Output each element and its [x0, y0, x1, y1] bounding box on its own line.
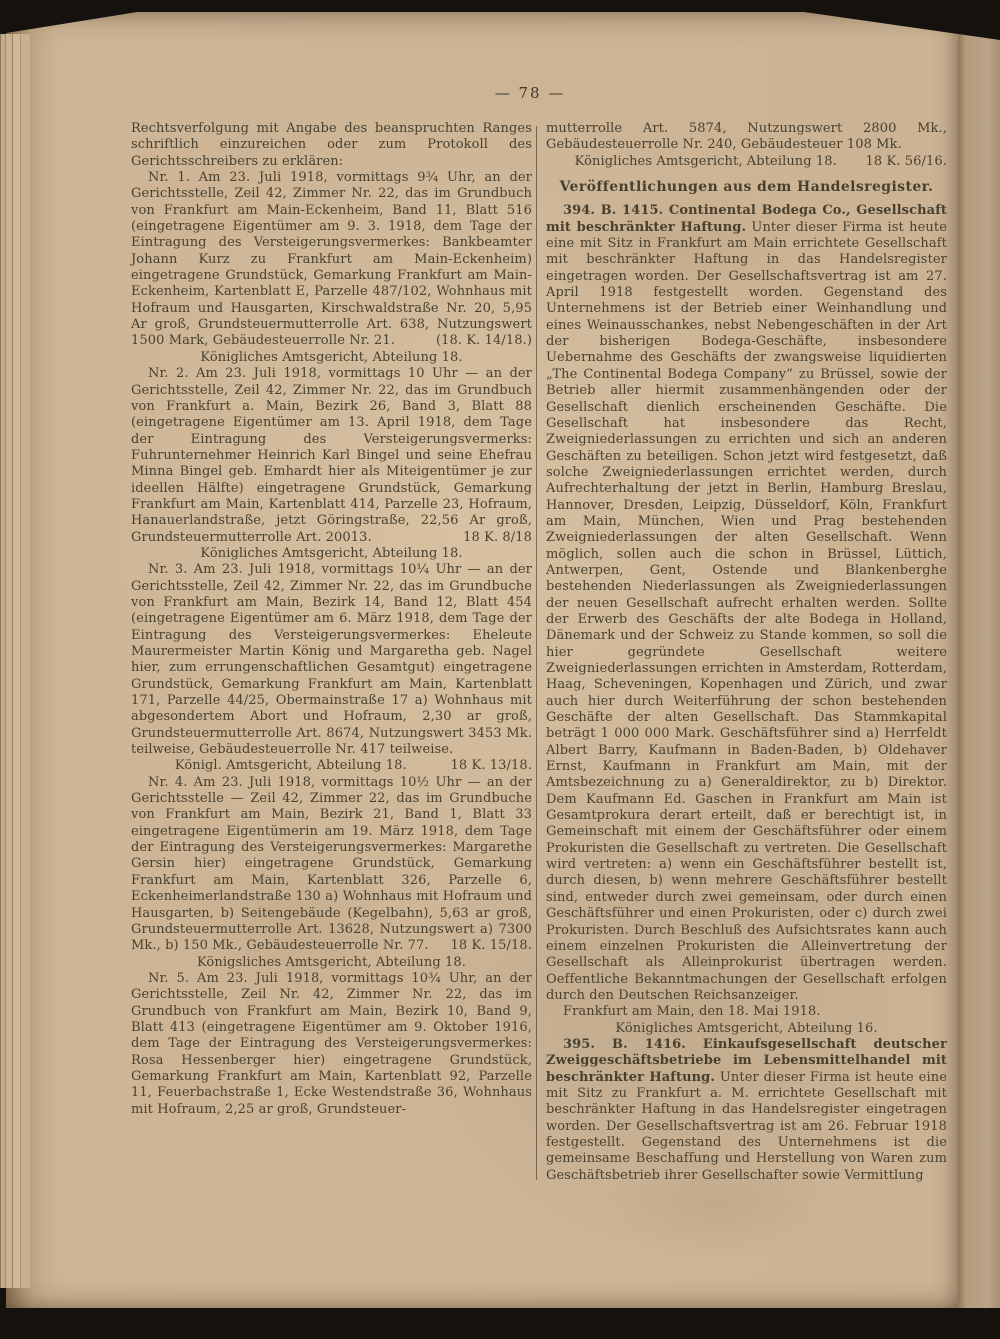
notice-text: Nr. 4. Am 23. Juli 1918, vormittags 10½ …: [131, 775, 532, 953]
court-signature: Königliches Amtsgericht, Abteilung 18.: [131, 350, 532, 366]
docket-number: (18. K. 14/18.): [436, 333, 532, 349]
entry-text: Unter dieser Firma ist heute eine mit Si…: [546, 220, 947, 1003]
underlying-page-edge: [958, 30, 1000, 1308]
notice-text: Nr. 3. Am 23. Juli 1918, vormittags 10¼ …: [131, 562, 532, 757]
left-column: Rechtsverfolgung mit Angabe des beanspru…: [131, 121, 532, 1118]
column-divider-rule: [536, 126, 537, 1180]
foreclosure-notice-5: Nr. 5. Am 23. Juli 1918, vormittags 10¾ …: [131, 971, 532, 1118]
intro-paragraph: Rechtsverfolgung mit Angabe des beanspru…: [131, 121, 532, 170]
docket-number: 18 K. 56/16.: [866, 154, 947, 170]
court-signature: Königliches Amtsgericht, Abteilung 16.: [546, 1021, 947, 1037]
book-page-stack-edge: [0, 34, 30, 1288]
foreclosure-notice-1: Nr. 1. Am 23. Juli 1918, vormittags 9¾ U…: [131, 170, 532, 350]
dateline: Frankfurt am Main, den 18. Mai 1918.: [546, 1004, 947, 1020]
notice-text: Nr. 2. Am 23. Juli 1918, vormittags 10 U…: [131, 366, 532, 544]
court-signature: Königsliches Amtsgericht, Abteilung 18.: [131, 955, 532, 971]
section-heading-handelsregister: Veröffentlichungen aus dem Handelsregist…: [546, 179, 947, 195]
foreclosure-notice-3: Nr. 3. Am 23. Juli 1918, vormittags 10¼ …: [131, 562, 532, 758]
right-column: mutterrolle Art. 5874, Nutzungswert 2800…: [546, 121, 947, 1184]
court-signature: Königliches Amtsgericht, Abteilung 18.: [131, 546, 532, 562]
docket-number: 18 K. 15/18.: [451, 938, 532, 954]
notice-text: Nr. 5. Am 23. Juli 1918, vormittags 10¾ …: [131, 971, 532, 1117]
docket-number: 18 K. 13/18.: [451, 758, 532, 774]
page-number: — 78 —: [430, 84, 630, 102]
notice-text: mutterrolle Art. 5874, Nutzungswert 2800…: [546, 121, 947, 152]
foreclosure-notice-4: Nr. 4. Am 23. Juli 1918, vormittags 10½ …: [131, 775, 532, 955]
entry-text: Unter dieser Firma ist heute eine mit Si…: [546, 1070, 947, 1183]
register-entry-394: 394. B. 1415. Continental Bodega Co., Ge…: [546, 203, 947, 1004]
scanned-gazette-page: — 78 — Rechtsverfolgung mit Angabe des b…: [0, 0, 1000, 1339]
foreclosure-notice-2: Nr. 2. Am 23. Juli 1918, vormittags 10 U…: [131, 366, 532, 546]
register-entry-395: 395. B. 1416. Einkaufsgesellschaft deuts…: [546, 1037, 947, 1184]
notice-text: Nr. 1. Am 23. Juli 1918, vormittags 9¾ U…: [131, 170, 532, 348]
docket-number: 18 K. 8/18: [463, 530, 532, 546]
notice-5-continuation: mutterrolle Art. 5874, Nutzungswert 2800…: [546, 121, 947, 154]
